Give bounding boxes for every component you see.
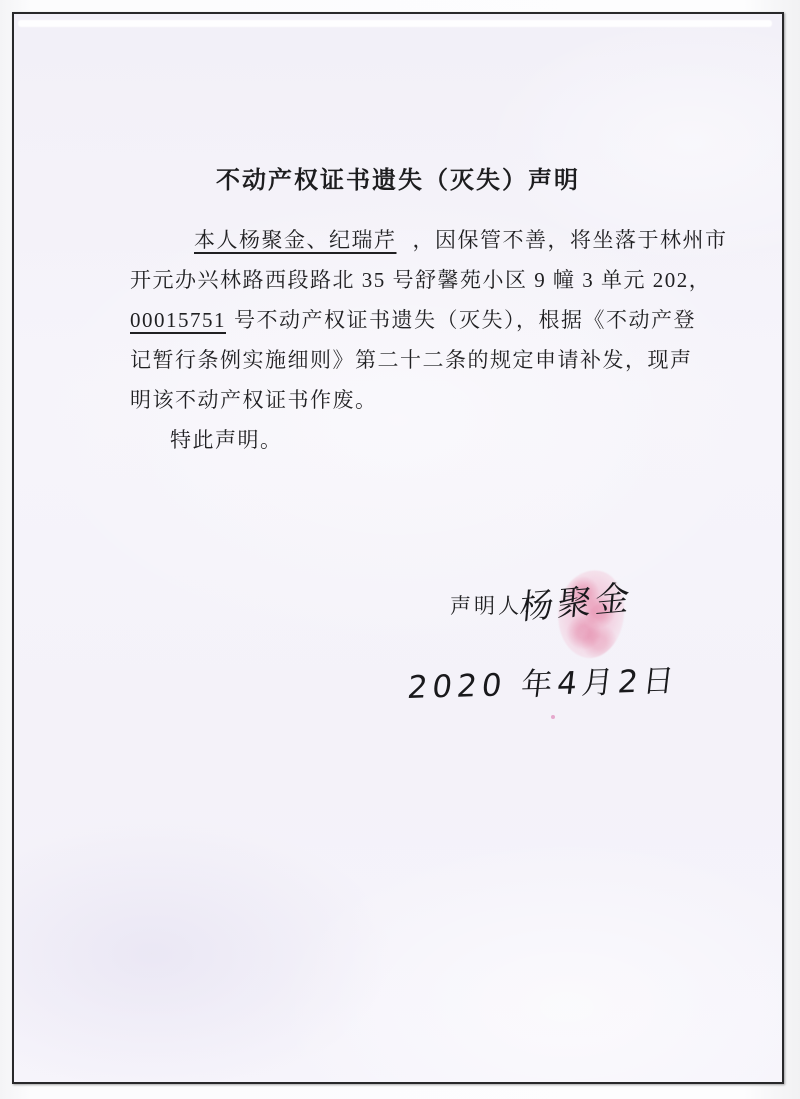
- handwritten-signature: 杨聚金: [518, 570, 636, 630]
- paragraph-line-1: 本人杨聚金、纪瑞芹，因保管不善，将坐落于林州市: [130, 220, 692, 260]
- paragraph-line-3-rest: 号不动产权证书遗失（灭失），根据《不动产登: [234, 308, 696, 332]
- closing-statement: 特此声明。: [130, 420, 692, 460]
- document-title: 不动产权证书遗失（灭失）声明: [14, 160, 782, 195]
- scanned-page: 不动产权证书遗失（灭失）声明 本人杨聚金、纪瑞芹，因保管不善，将坐落于林州市 开…: [0, 0, 800, 1099]
- handwritten-date: 2020 年4月2日: [405, 655, 681, 707]
- paragraph-line-5: 明该不动产权证书作废。: [130, 380, 692, 420]
- declaration-paragraph: 本人杨聚金、纪瑞芹，因保管不善，将坐落于林州市 开元办兴林路西段路北 35 号舒…: [130, 220, 692, 460]
- paragraph-line-2: 开元办兴林路西段路北 35 号舒馨苑小区 9 幢 3 单元 202，: [130, 260, 692, 300]
- declarant-names-underlined: 本人杨聚金、纪瑞芹: [194, 228, 413, 252]
- certificate-number-underlined: 00015751: [130, 308, 234, 332]
- paragraph-line-3: 00015751号不动产权证书遗失（灭失），根据《不动产登: [130, 300, 692, 340]
- paper-background: 不动产权证书遗失（灭失）声明 本人杨聚金、纪瑞芹，因保管不善，将坐落于林州市 开…: [14, 14, 782, 1082]
- scan-light-strip: [18, 20, 772, 27]
- pink-ink-speck: [551, 715, 555, 719]
- paragraph-line-4: 记暂行条例实施细则》第二十二条的规定申请补发，现声: [130, 340, 692, 380]
- paragraph-line-1-rest: ，因保管不善，将坐落于林州市: [413, 228, 728, 252]
- scan-border-frame: 不动产权证书遗失（灭失）声明 本人杨聚金、纪瑞芹，因保管不善，将坐落于林州市 开…: [12, 12, 784, 1084]
